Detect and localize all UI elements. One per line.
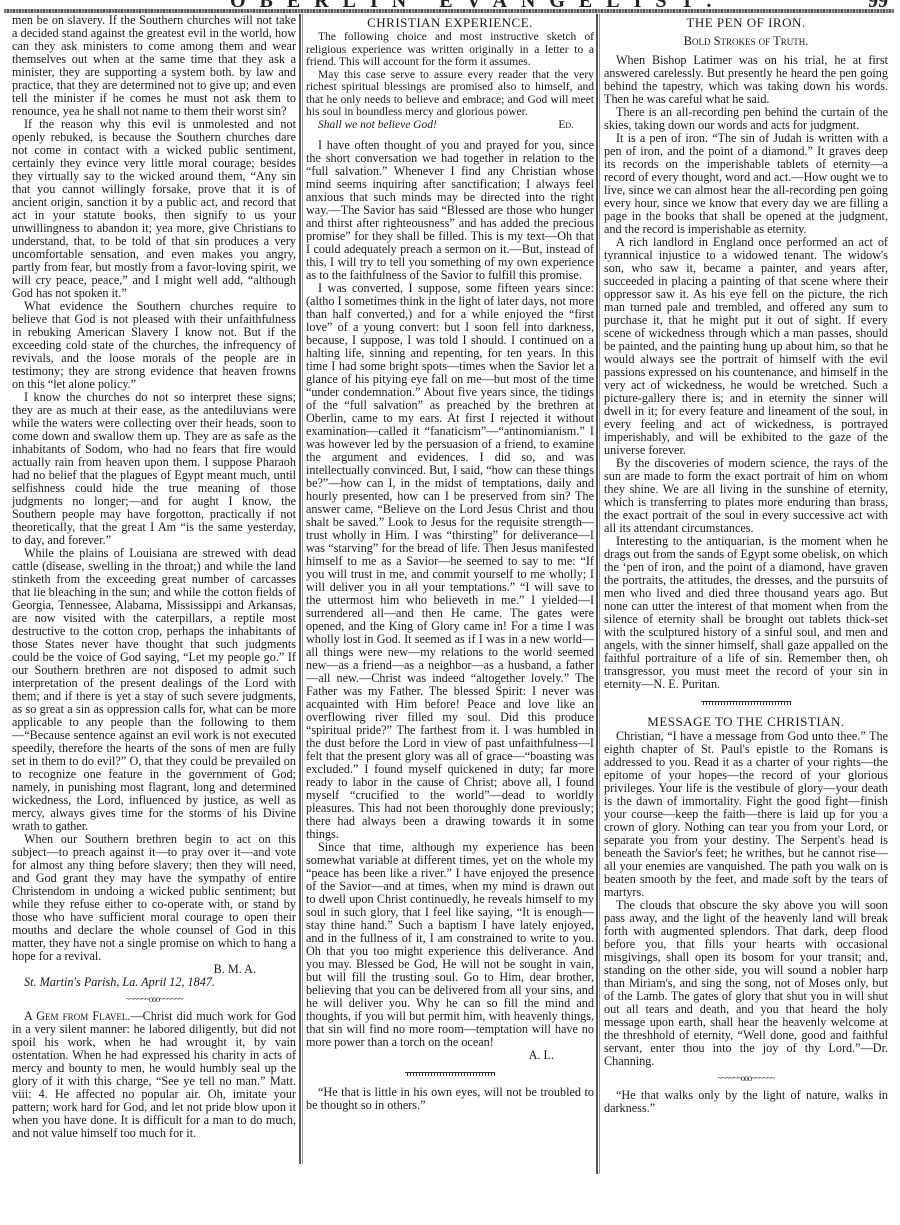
article-paragraph: By the discoveries of modern science, th… (604, 457, 888, 535)
signature: A. L. (306, 1049, 594, 1062)
editor-intro: May this case serve to assure every read… (306, 69, 594, 119)
article-paragraph: I have often thought of you and prayed f… (306, 139, 594, 282)
article-paragraph: Since that time, although my experience … (306, 841, 594, 1049)
article-paragraph: What evidence the Southern churches requ… (12, 300, 296, 391)
article-paragraph: men be on slavery. If the Southern churc… (12, 14, 296, 118)
column-middle: CHRISTIAN EXPERIENCE. The following choi… (306, 14, 594, 1112)
intro-closing: Shall we not believe God! (318, 119, 437, 131)
gem-title: A Gem from Flavel. (24, 1009, 130, 1023)
column-divider (596, 14, 598, 1174)
wavy-divider (701, 701, 791, 705)
article-paragraph: If the reason why this evil is unmoleste… (12, 118, 296, 300)
article-paragraph: When Bishop Latimer was on his trial, he… (604, 54, 888, 106)
article-paragraph: There is an all-recording pen behind the… (604, 106, 888, 132)
article-heading: MESSAGE TO THE CHRISTIAN. (604, 715, 888, 728)
article-paragraph: When our Southern brethren begin to act … (12, 833, 296, 963)
ornament-divider: ~~~~~~ooo~~~~~~ (604, 1072, 888, 1085)
column-divider (302, 14, 303, 1164)
column-right: THE PEN OF IRON. Bold Strokes of Truth. … (604, 14, 888, 1115)
dateline: St. Martin's Parish, La. April 12, 1847. (12, 976, 296, 989)
closing-quote: “He that walks only by the light of natu… (604, 1089, 888, 1115)
article-paragraph: It is a pen of iron. “The sin of Judah i… (604, 132, 888, 236)
wavy-divider (405, 1072, 495, 1076)
article-subheading: Bold Strokes of Truth. (604, 35, 888, 48)
editor-intro-closing: Shall we not believe God!Ed. (306, 119, 594, 132)
article-paragraph: The clouds that obscure the sky above yo… (604, 899, 888, 1068)
article-paragraph: I was converted, I suppose, some fifteen… (306, 282, 594, 841)
article-heading: THE PEN OF IRON. (604, 16, 888, 29)
column-left: men be on slavery. If the Southern churc… (12, 14, 296, 1140)
article-paragraph: Interesting to the antiquarian, is the m… (604, 535, 888, 691)
editor-intro: The following choice and most instructiv… (306, 31, 594, 69)
article-paragraph: While the plains of Louisiana are strewe… (12, 547, 296, 833)
closing-quote: “He that is little in his own eyes, will… (306, 1086, 594, 1112)
column-divider (599, 14, 600, 1174)
ornament-divider: ~~~~~~ooo~~~~~~ (12, 993, 296, 1006)
gem-text: —Christ did much work for God in a very … (12, 1009, 296, 1140)
column-divider (299, 14, 301, 1164)
gem-article: A Gem from Flavel.—Christ did much work … (12, 1010, 296, 1140)
article-heading: CHRISTIAN EXPERIENCE. (306, 16, 594, 29)
article-paragraph: A rich landlord in England once performe… (604, 236, 888, 457)
article-paragraph: Christian, “I have a message from God un… (604, 730, 888, 899)
article-paragraph: I know the churches do not so interpret … (12, 391, 296, 547)
editor-signature: Ed. (546, 119, 594, 132)
